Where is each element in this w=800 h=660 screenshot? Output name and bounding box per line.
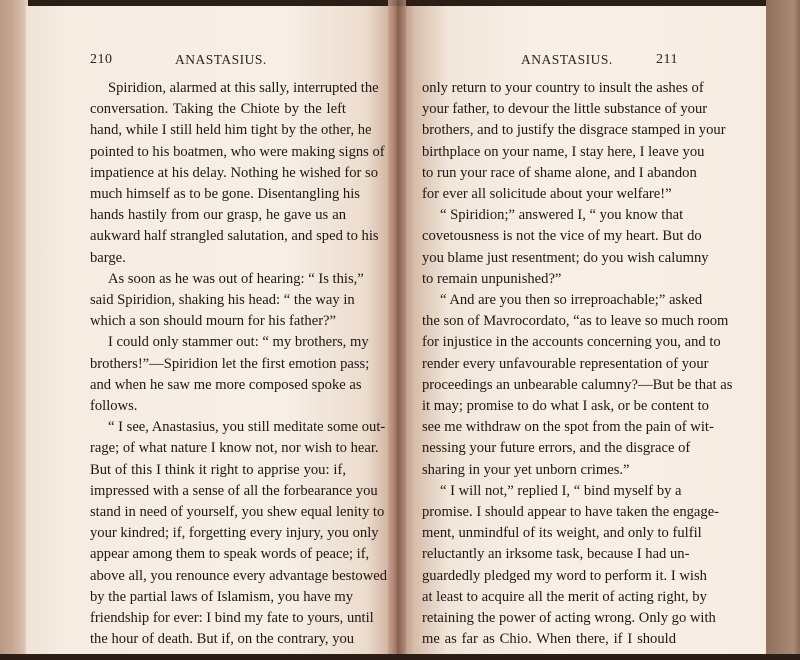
text-line: rage; of what nature I know not, nor wis… xyxy=(90,438,346,459)
text-line: “ And are you then so irreproachable;” a… xyxy=(422,290,676,311)
text-line: guardedly pledged my word to perform it.… xyxy=(422,566,676,587)
text-line: hand, while I still held him tight by th… xyxy=(90,120,346,141)
text-line: sharing in your yet unborn crimes.” xyxy=(422,460,676,481)
text-line: for injustice in the accounts concerning… xyxy=(422,332,676,353)
text-line: pointed to his boatmen, who were making … xyxy=(90,142,346,163)
left-page-number: 210 xyxy=(90,52,113,68)
text-line: aukward half strangled salutation, and s… xyxy=(90,226,346,247)
text-line: friendship for ever: I bind my fate to y… xyxy=(90,608,346,629)
text-line: at least to acquire all the merit of act… xyxy=(422,587,676,608)
text-line: retaining the power of acting wrong. Onl… xyxy=(422,608,676,629)
text-line: ment, unmindful of its weight, and only … xyxy=(422,523,676,544)
text-line: the hour of death. But if, on the contra… xyxy=(90,629,346,650)
text-line: hands hastily from our grasp, he gave us… xyxy=(90,205,346,226)
text-line: covetousness is not the vice of my heart… xyxy=(422,226,676,247)
text-line: your father, to devour the little substa… xyxy=(422,99,676,120)
left-running-header: ANASTASIUS. xyxy=(175,52,267,68)
text-line: much himself as to be gone. Disentanglin… xyxy=(90,184,346,205)
book-gutter xyxy=(388,0,406,660)
text-line: reluctantly an irksome task, because I h… xyxy=(422,544,676,565)
left-page-body: Spiridion, alarmed at this sally, interr… xyxy=(90,78,346,650)
text-line: brothers!”—Spiridion let the first emoti… xyxy=(90,354,346,375)
text-line: me as far as Chio. When there, if I shou… xyxy=(422,629,676,650)
text-line: proceedings an unbearable calumny?—But b… xyxy=(422,375,676,396)
text-line: nessing your future errors, and the disg… xyxy=(422,438,676,459)
text-line: see me withdraw on the spot from the pai… xyxy=(422,417,676,438)
text-line: But of this I think it right to apprise … xyxy=(90,460,346,481)
text-line: barge. xyxy=(90,248,346,269)
text-line: “ I see, Anastasius, you still meditate … xyxy=(90,417,346,438)
text-line: your kindred; if, forgetting every injur… xyxy=(90,523,346,544)
open-book: 210 ANASTASIUS. ANASTASIUS. 211 Spiridio… xyxy=(0,0,800,660)
text-line: by the partial laws of Islamism, you hav… xyxy=(90,587,346,608)
right-page-number: 211 xyxy=(656,52,678,68)
text-line: above all, you renounce every advantage … xyxy=(90,566,346,587)
text-line: I could only stammer out: “ my brothers,… xyxy=(90,332,346,353)
text-line: for ever all solicitude about your welfa… xyxy=(422,184,676,205)
text-line: follows. xyxy=(90,396,346,417)
text-line: promise. I should appear to have taken t… xyxy=(422,502,676,523)
text-line: to run your race of shame alone, and I a… xyxy=(422,163,676,184)
right-page-body: only return to your country to insult th… xyxy=(422,78,676,650)
text-line: said Spiridion, shaking his head: “ the … xyxy=(90,290,346,311)
text-line: “ I will not,” replied I, “ bind myself … xyxy=(422,481,676,502)
text-line: Spiridion, alarmed at this sally, interr… xyxy=(90,78,346,99)
text-line: As soon as he was out of hearing: “ Is t… xyxy=(90,269,346,290)
text-line: stand in need of yourself, you shew equa… xyxy=(90,502,346,523)
text-line: the son of Mavrocordato, “as to leave so… xyxy=(422,311,676,332)
text-line: conversation. Taking the Chiote by the l… xyxy=(90,99,346,120)
text-line: impatience at his delay. Nothing he wish… xyxy=(90,163,346,184)
text-line: “ Spiridion;” answered I, “ you know tha… xyxy=(422,205,676,226)
text-line: and when he saw me more composed spoke a… xyxy=(90,375,346,396)
text-line: which a son should mourn for his father?… xyxy=(90,311,346,332)
text-line: brothers, and to justify the disgrace st… xyxy=(422,120,676,141)
text-line: impressed with a sense of all the forbea… xyxy=(90,481,346,502)
text-line: you blame just resentment; do you wish c… xyxy=(422,248,676,269)
bottom-shadow xyxy=(0,654,800,660)
text-line: appear among them to speak words of peac… xyxy=(90,544,346,565)
right-page-edges xyxy=(766,0,800,660)
text-line: only return to your country to insult th… xyxy=(422,78,676,99)
text-line: render every unfavourable representation… xyxy=(422,354,676,375)
text-line: it may; promise to do what I ask, or be … xyxy=(422,396,676,417)
text-line: birthplace on your name, I stay here, I … xyxy=(422,142,676,163)
right-running-header: ANASTASIUS. xyxy=(521,52,613,68)
left-page-edges xyxy=(0,0,28,660)
text-line: to remain unpunished?” xyxy=(422,269,676,290)
